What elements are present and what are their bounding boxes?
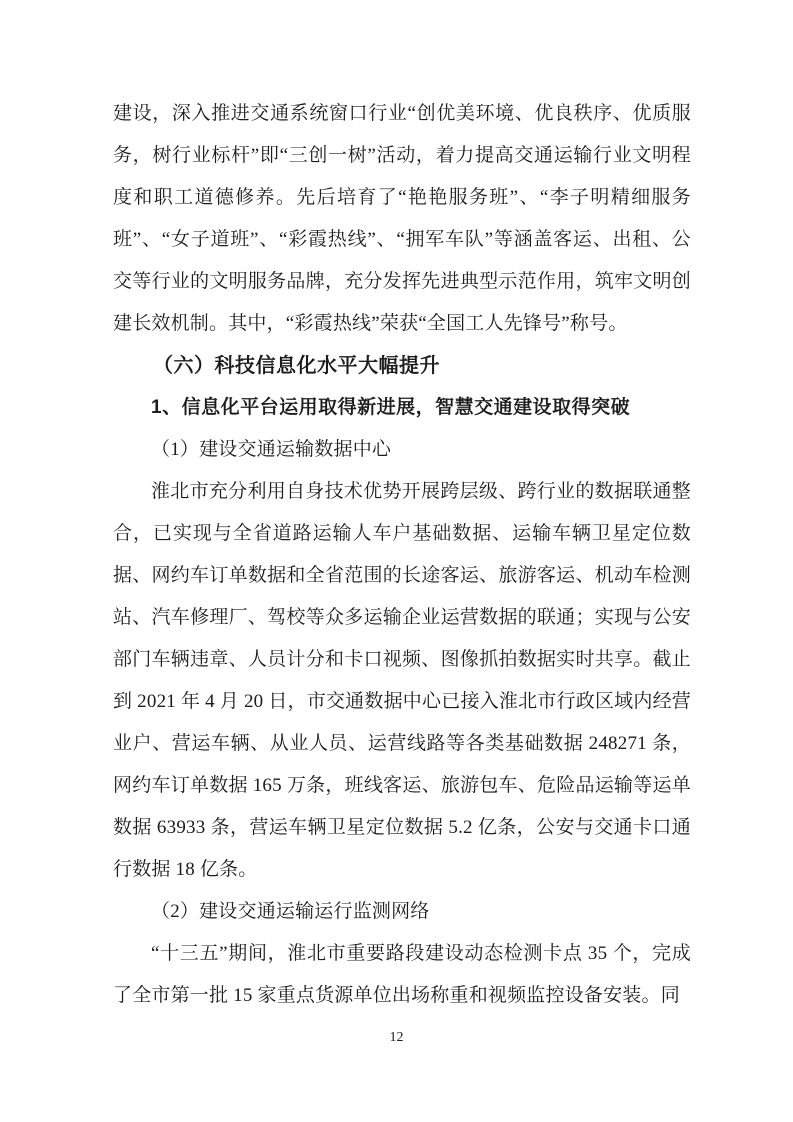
paragraph-civilized-service-continuation: 建设，深入推进交通系统窗口行业“创优美环境、优良秩序、优质服务，树行业标杆”即“… xyxy=(113,93,691,345)
page-content: 建设，深入推进交通系统窗口行业“创优美环境、优良秩序、优质服务，树行业标杆”即“… xyxy=(113,93,691,1017)
item-1-title-data-center: （1）建设交通运输数据中心 xyxy=(113,429,691,471)
item-2-title-monitoring-network: （2）建设交通运输运行监测网络 xyxy=(113,891,691,933)
subsection-heading-informatization-platform: 1、信息化平台运用取得新进展，智慧交通建设取得突破 xyxy=(113,387,691,429)
paragraph-data-center-details: 淮北市充分利用自身技术优势开展跨层级、跨行业的数据联通整合，已实现与全省道路运输… xyxy=(113,471,691,891)
section-heading-six-technology-informatization: （六）科技信息化水平大幅提升 xyxy=(113,345,691,387)
page-number: 12 xyxy=(0,1028,793,1048)
document-page: 建设，深入推进交通系统窗口行业“创优美环境、优良秩序、优质服务，树行业标杆”即“… xyxy=(0,0,793,1122)
paragraph-monitoring-network-details: “十三五”期间，淮北市重要路段建设动态检测卡点 35 个，完成了全市第一批 15… xyxy=(113,933,691,1017)
